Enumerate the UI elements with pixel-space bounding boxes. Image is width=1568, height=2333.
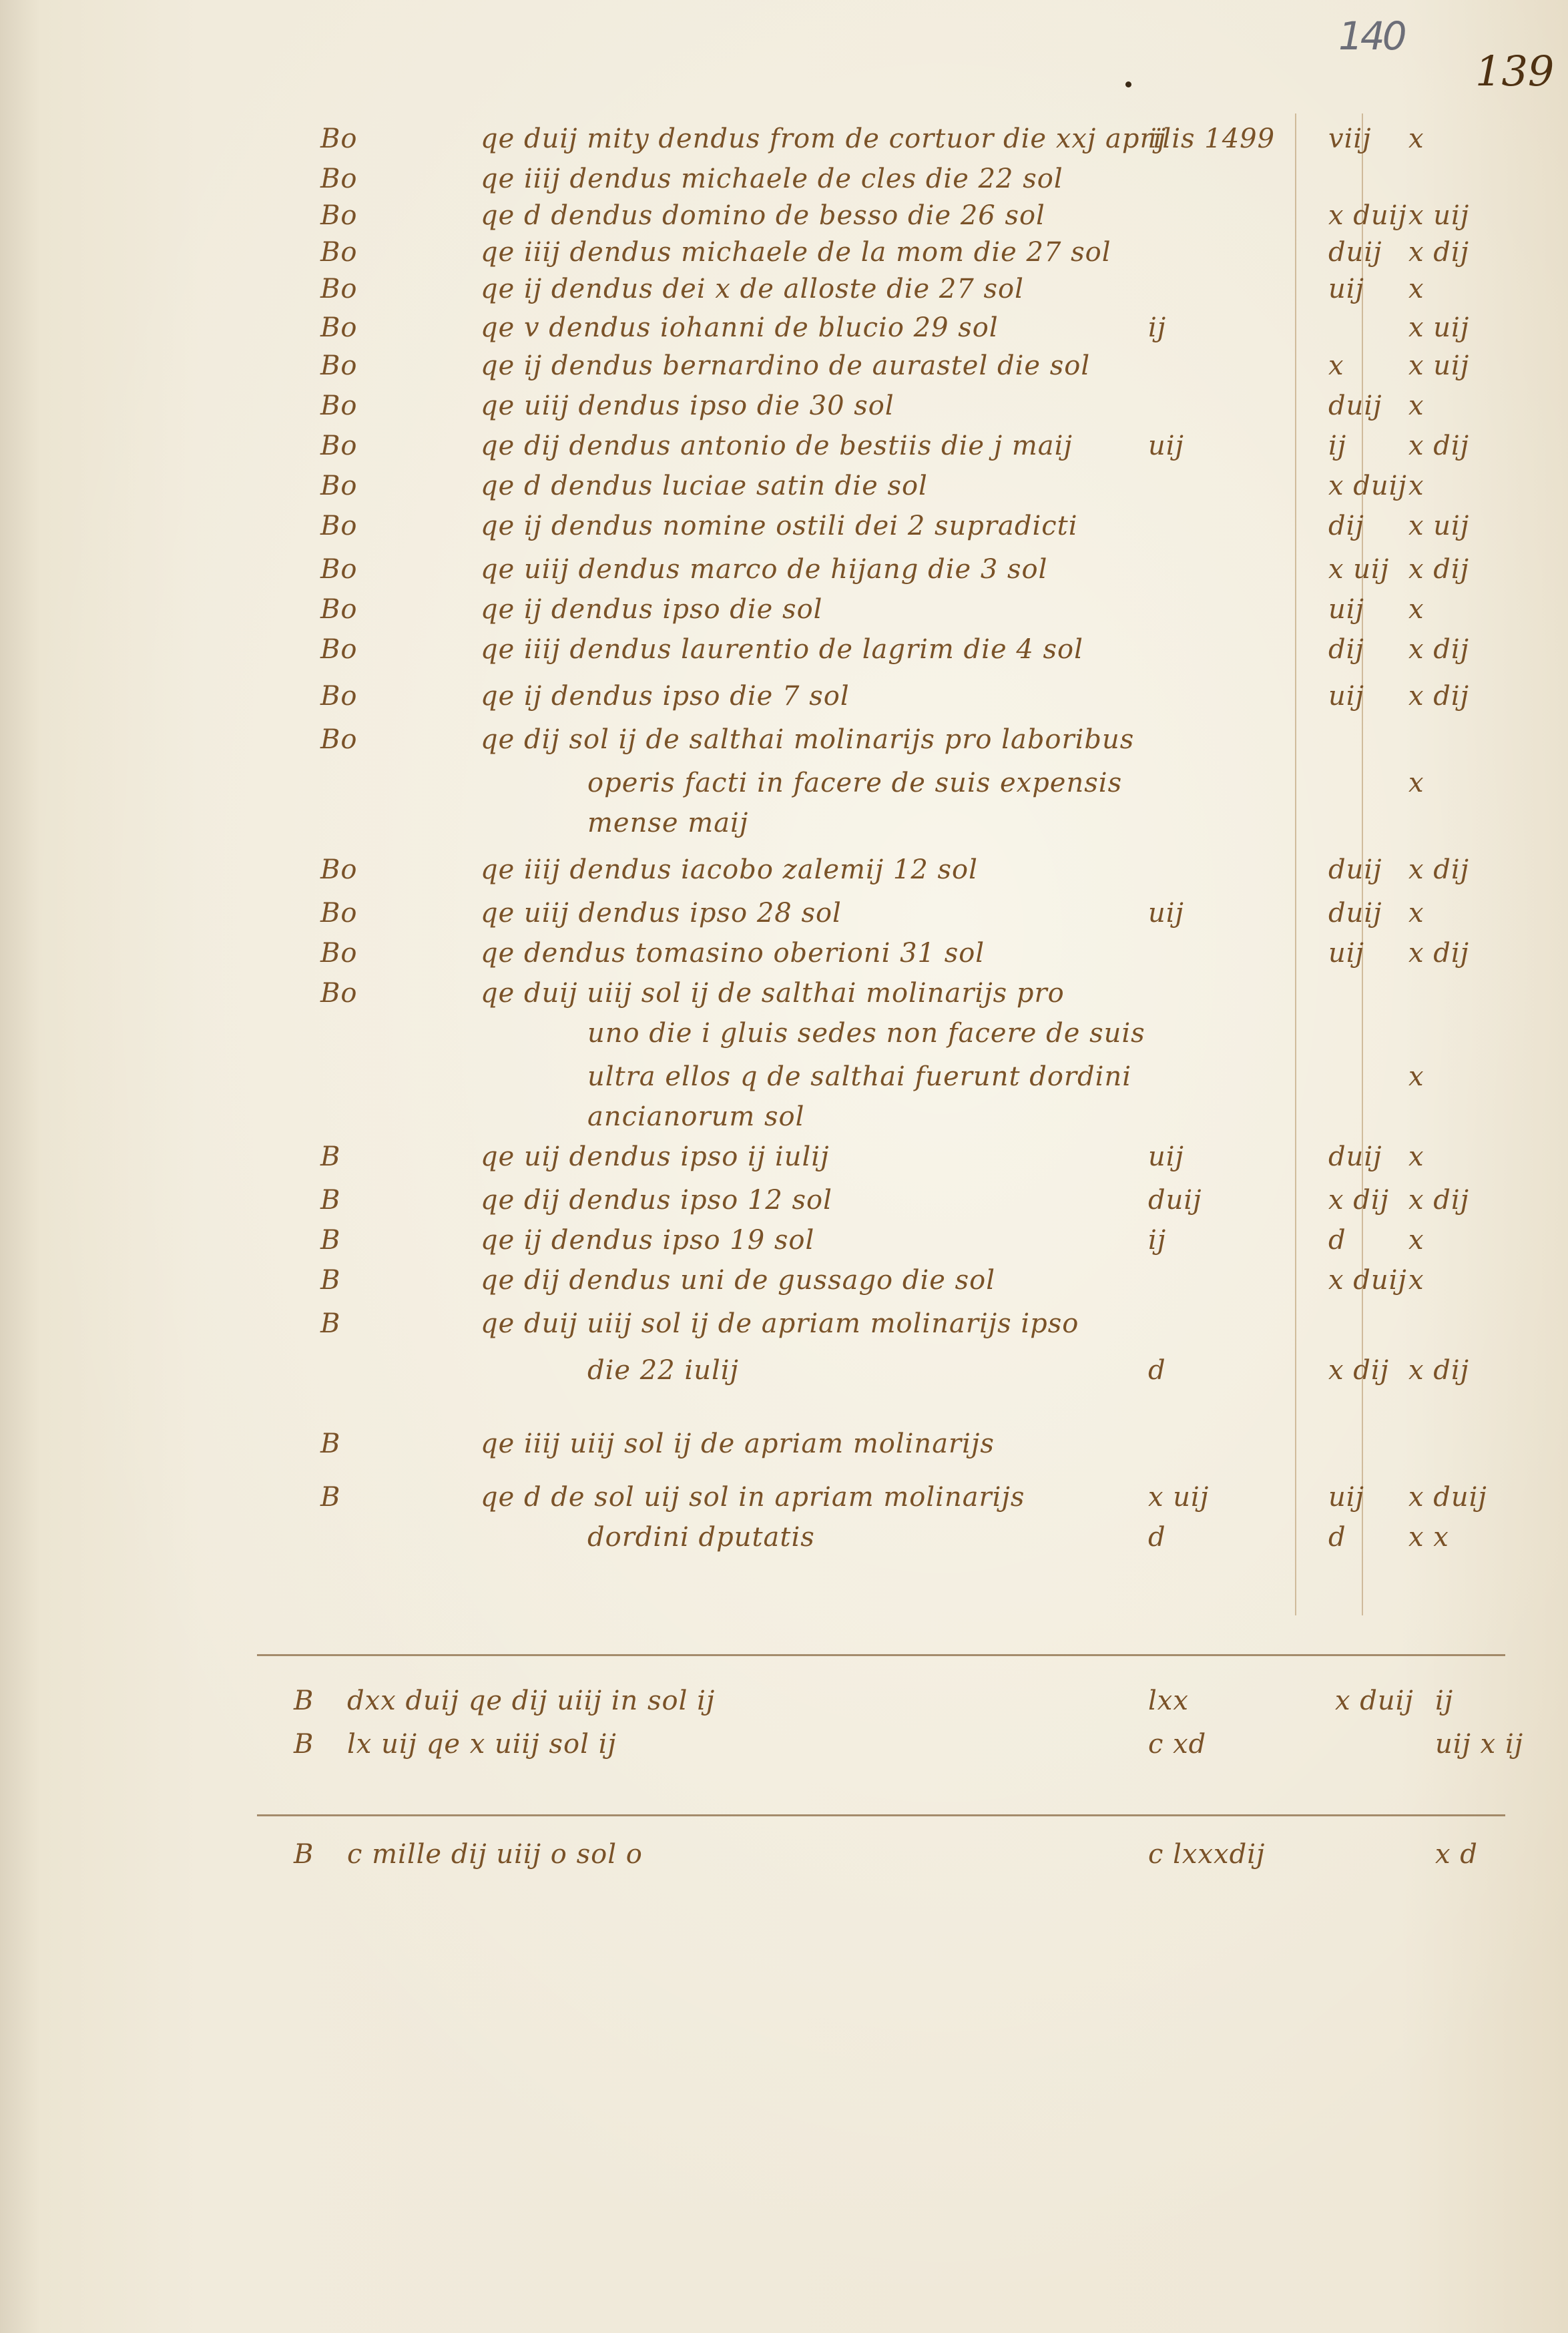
- entry-margin: Bo: [320, 164, 357, 194]
- entry-margin: Bo: [320, 471, 357, 501]
- entry-margin: Bo: [320, 898, 357, 929]
- entry-text: qe dij dendus antonio de bestiis die j m…: [481, 431, 1073, 461]
- entry-text: qe ij dendus bernardino de aurastel die …: [481, 350, 1090, 381]
- entry-margin: Bo: [320, 681, 357, 712]
- entry-col2: dij: [1328, 634, 1364, 665]
- entry-col1: ij: [1148, 1225, 1166, 1256]
- column-ruling: [1295, 113, 1296, 1615]
- entry-col3: x: [1408, 123, 1424, 154]
- entry-col2: duij: [1328, 854, 1382, 885]
- ink-folio-number: 139: [1475, 47, 1554, 95]
- entry-col3: x dij: [1408, 554, 1469, 585]
- entry-col2: x: [1328, 350, 1344, 381]
- entry-margin: Bo: [320, 391, 357, 421]
- entry-col3: x duij: [1408, 1482, 1487, 1513]
- entry-col3: x: [1408, 1141, 1424, 1172]
- entry-text: qe uiij dendus marco de hijang die 3 sol: [481, 554, 1047, 585]
- total-col2: x duij: [1335, 1686, 1414, 1716]
- entry-col3: x dij: [1408, 634, 1469, 665]
- total-text: c mille dij uiij o sol o: [347, 1839, 643, 1870]
- entry-col1: d: [1148, 1522, 1166, 1553]
- entry-col2: duij: [1328, 237, 1382, 268]
- entry-text: qe dij sol ij de salthai molinarijs pro …: [481, 724, 1134, 755]
- entry-text: qe dij dendus ipso 12 sol: [481, 1185, 832, 1216]
- entry-text: qe iiij dendus michaele de la mom die 27…: [481, 237, 1111, 268]
- pencil-folio-number: 140: [1338, 13, 1404, 59]
- entry-margin: Bo: [320, 554, 357, 585]
- entry-col2: uij: [1328, 594, 1364, 625]
- entry-margin: B: [320, 1429, 340, 1459]
- entry-text: qe ij dendus dei x de alloste die 27 sol: [481, 274, 1024, 304]
- entry-margin: Bo: [320, 237, 357, 268]
- ink-dot: [1125, 81, 1131, 87]
- entry-col3: x: [1408, 898, 1424, 929]
- entry-text: qe ij dendus nomine ostili dei 2 supradi…: [481, 511, 1078, 541]
- entry-text: qe d de sol uij sol in apriam molinarijs: [481, 1482, 1025, 1513]
- entry-margin: Bo: [320, 938, 357, 969]
- entry-margin: Bo: [320, 350, 357, 381]
- entry-col3: x x: [1408, 1522, 1449, 1553]
- entry-text: qe ij dendus ipso die sol: [481, 594, 822, 625]
- entry-col1: uij: [1148, 431, 1184, 461]
- entry-col2: duij: [1328, 898, 1382, 929]
- entry-col1: x uij: [1148, 1482, 1209, 1513]
- entry-margin: Bo: [320, 312, 357, 343]
- entry-text: qe duij uiij sol ij de apriam molinarijs…: [481, 1308, 1079, 1339]
- total-rule-2: [257, 1814, 1505, 1816]
- entry-text: qe uiij dendus ipso die 30 sol: [481, 391, 894, 421]
- entry-col3: x: [1408, 768, 1424, 798]
- entry-text: qe iiij dendus iacobo zalemij 12 sol: [481, 854, 978, 885]
- entry-text: qe duij uiij sol ij de salthai molinarij…: [481, 978, 1065, 1009]
- entry-col2: uij: [1328, 681, 1364, 712]
- entry-margin: B: [320, 1141, 340, 1172]
- entry-col3: x: [1408, 594, 1424, 625]
- entry-col3: x: [1408, 274, 1424, 304]
- entry-col3: x dij: [1408, 854, 1469, 885]
- entry-col3: x uij: [1408, 312, 1469, 343]
- entry-margin: Bo: [320, 431, 357, 461]
- entry-col1: duij: [1148, 1185, 1202, 1216]
- entry-margin: Bo: [320, 978, 357, 1009]
- entry-margin: B: [320, 1225, 340, 1256]
- entry-margin: Bo: [320, 594, 357, 625]
- entry-text: die 22 iulij: [587, 1355, 739, 1386]
- entry-col2: x dij: [1328, 1185, 1389, 1216]
- entry-margin: Bo: [320, 724, 357, 755]
- entry-text: qe ij dendus ipso die 7 sol: [481, 681, 850, 712]
- entry-col1: ij: [1148, 312, 1166, 343]
- entry-margin: Bo: [320, 634, 357, 665]
- entry-col2: x duij: [1328, 1265, 1407, 1296]
- total-rule-1: [257, 1654, 1505, 1656]
- entry-margin: Bo: [320, 511, 357, 541]
- entry-col3: x dij: [1408, 681, 1469, 712]
- entry-col2: d: [1328, 1225, 1346, 1256]
- entry-text: qe dendus tomasino oberioni 31 sol: [481, 938, 985, 969]
- entry-col2: dij: [1328, 511, 1364, 541]
- entry-text: ultra ellos q de salthai fuerunt dordini: [587, 1061, 1131, 1092]
- entry-margin: B: [320, 1308, 340, 1339]
- entry-text: qe ij dendus ipso 19 sol: [481, 1225, 814, 1256]
- entry-col2: viij: [1328, 123, 1372, 154]
- total-col1: c xd: [1148, 1729, 1206, 1760]
- entry-margin: Bo: [320, 123, 357, 154]
- entry-col2: x dij: [1328, 1355, 1389, 1386]
- entry-col1: uij: [1148, 1141, 1184, 1172]
- entry-col3: x uij: [1408, 200, 1469, 231]
- entry-text: qe dij dendus uni de gussago die sol: [481, 1265, 995, 1296]
- entry-col3: x dij: [1408, 938, 1469, 969]
- entry-text: qe iiij dendus laurentio de lagrim die 4…: [481, 634, 1083, 665]
- entry-col2: d: [1328, 1522, 1346, 1553]
- total-text: lx uij qe x uiij sol ij: [347, 1729, 617, 1760]
- total-col1: c lxxxdij: [1148, 1839, 1265, 1870]
- entry-text: operis facti in facere de suis expensis: [587, 768, 1122, 798]
- entry-col1: uij: [1148, 898, 1184, 929]
- entry-text: qe iiij uiij sol ij de apriam molinarijs: [481, 1429, 995, 1459]
- entry-text: mense maij: [587, 808, 748, 838]
- entry-text: qe v dendus iohanni de blucio 29 sol: [481, 312, 999, 343]
- entry-text: ancianorum sol: [587, 1101, 804, 1132]
- entry-col2: uij: [1328, 1482, 1364, 1513]
- entry-col3: x uij: [1408, 350, 1469, 381]
- entry-col3: x dij: [1408, 431, 1469, 461]
- entry-col2: x uij: [1328, 554, 1389, 585]
- total-col3: x d: [1435, 1839, 1478, 1870]
- entry-col3: x: [1408, 391, 1424, 421]
- entry-col2: ij: [1328, 431, 1346, 461]
- entry-col2: uij: [1328, 274, 1364, 304]
- entry-margin: B: [320, 1482, 340, 1513]
- entry-margin: Bo: [320, 200, 357, 231]
- entry-col3: x dij: [1408, 1185, 1469, 1216]
- total-col3: ij: [1435, 1686, 1453, 1716]
- entry-text: qe iiij dendus michaele de cles die 22 s…: [481, 164, 1063, 194]
- entry-col3: x dij: [1408, 237, 1469, 268]
- entry-col1: d: [1148, 1355, 1166, 1386]
- entry-text: uno die i gluis sedes non facere de suis: [587, 1018, 1145, 1049]
- total-margin: B: [294, 1729, 314, 1760]
- entry-col3: x: [1408, 1061, 1424, 1092]
- entry-col3: x dij: [1408, 1355, 1469, 1386]
- entry-col2: duij: [1328, 391, 1382, 421]
- entry-col3: x: [1408, 1225, 1424, 1256]
- entry-col2: duij: [1328, 1141, 1382, 1172]
- manuscript-page: 140 139 Bo qe duij mity dendus from de c…: [0, 0, 1568, 2333]
- entry-text: qe uiij dendus ipso 28 sol: [481, 898, 842, 929]
- entry-text: dordini dputatis: [587, 1522, 815, 1553]
- entry-margin: B: [320, 1265, 340, 1296]
- total-col1: lxx: [1148, 1686, 1189, 1716]
- entry-col3: x: [1408, 471, 1424, 501]
- entry-col1: ij: [1148, 123, 1166, 154]
- entry-margin: Bo: [320, 274, 357, 304]
- entry-margin: Bo: [320, 854, 357, 885]
- total-margin: B: [294, 1839, 314, 1870]
- entry-col3: x: [1408, 1265, 1424, 1296]
- entry-col2: x duij: [1328, 200, 1407, 231]
- total-margin: B: [294, 1686, 314, 1716]
- entry-text: qe d dendus luciae satin die sol: [481, 471, 928, 501]
- entry-text: qe d dendus domino de besso die 26 sol: [481, 200, 1045, 231]
- total-text: dxx duij qe dij uiij in sol ij: [347, 1686, 715, 1716]
- entry-col3: x uij: [1408, 511, 1469, 541]
- total-col3: uij x ij: [1435, 1729, 1523, 1760]
- entry-col2: uij: [1328, 938, 1364, 969]
- entry-col2: x duij: [1328, 471, 1407, 501]
- entry-margin: B: [320, 1185, 340, 1216]
- entry-text: qe uij dendus ipso ij iulij: [481, 1141, 830, 1172]
